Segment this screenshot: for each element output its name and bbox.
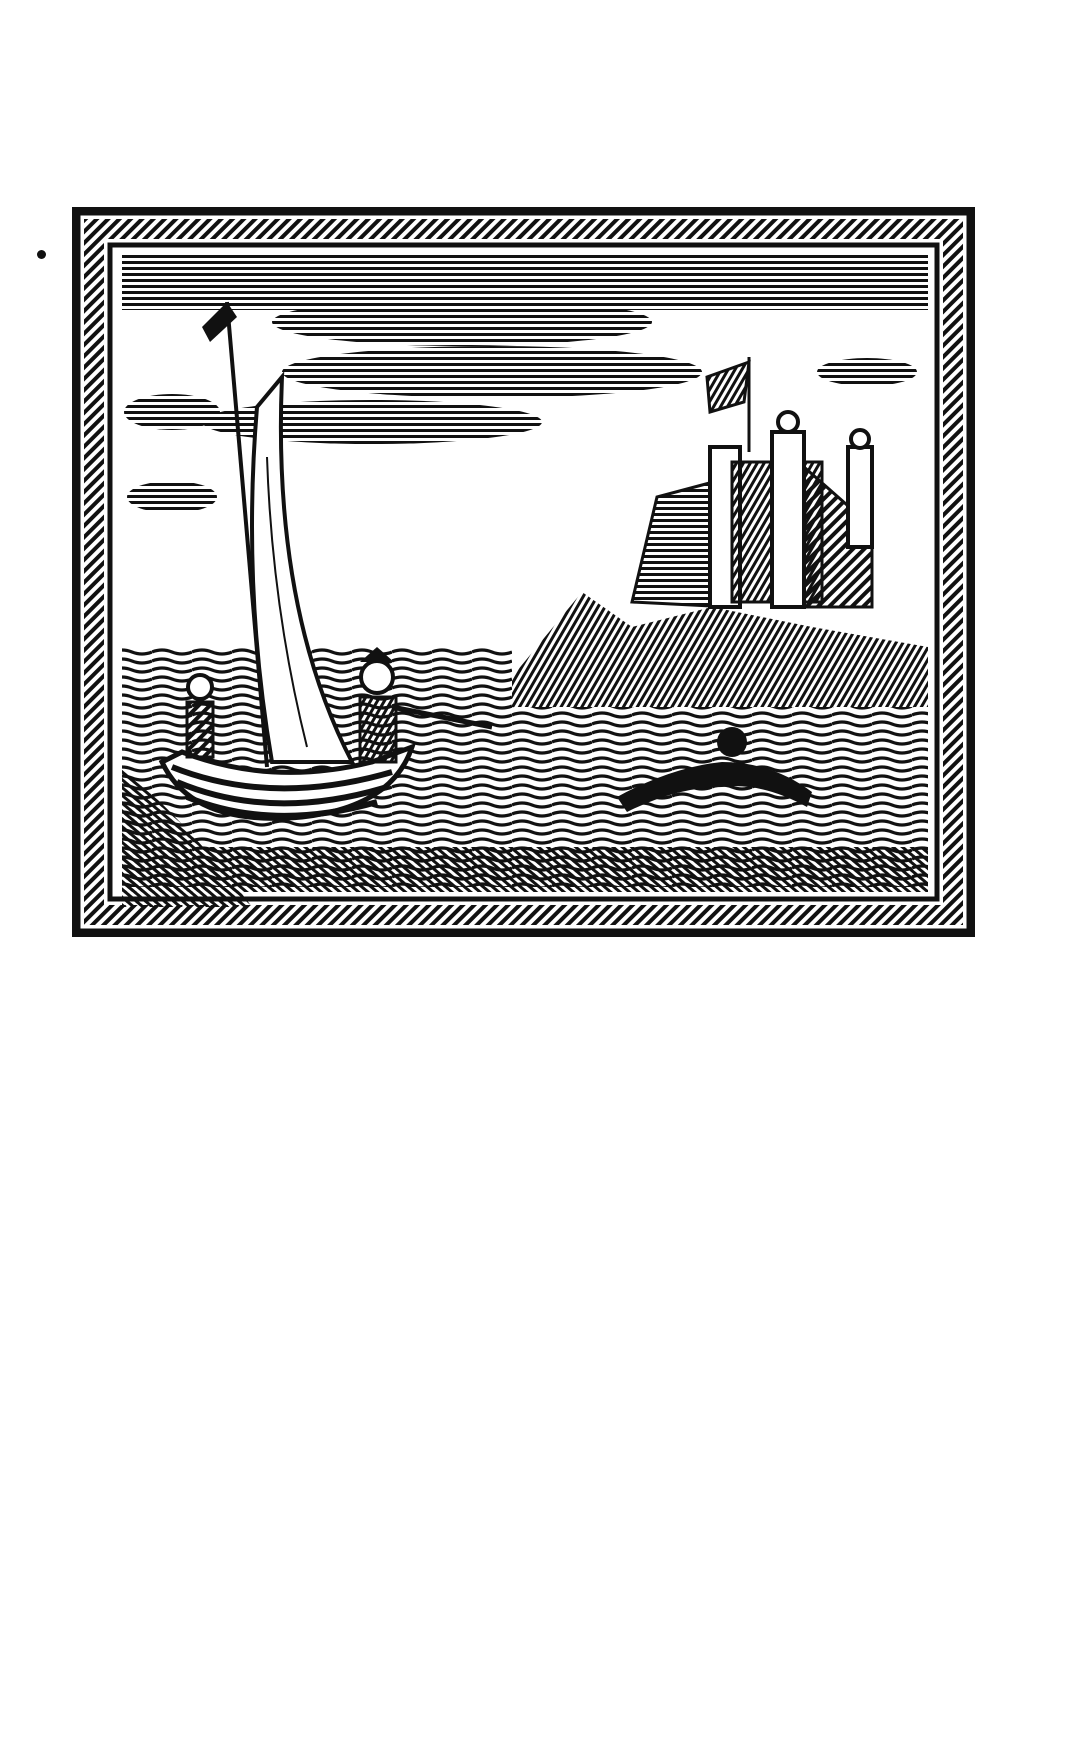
man-figure	[360, 697, 396, 762]
woodcut-illustration	[72, 207, 975, 937]
boy-figure	[187, 702, 213, 757]
ink-speck	[37, 250, 46, 259]
